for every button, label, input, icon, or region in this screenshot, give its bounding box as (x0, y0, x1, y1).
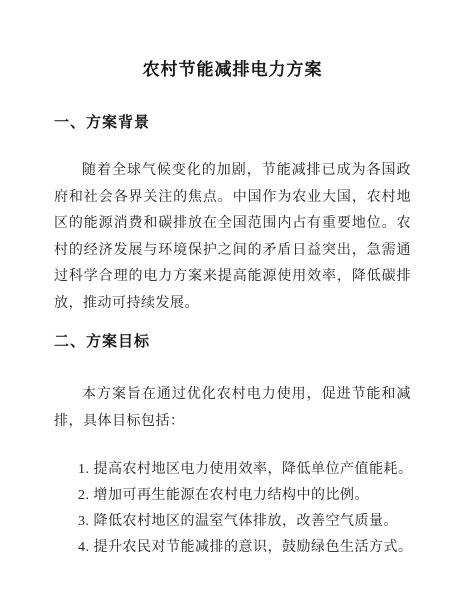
section-heading-background: 一、方案背景 (54, 113, 411, 133)
goals-intro-paragraph: 本方案旨在通过优化农村电力使用，促进节能和减排，具体目标包括： (54, 382, 411, 435)
goal-item-4: 4. 提升农民对节能减排的意识，鼓励绿色生活方式。 (78, 535, 411, 561)
document-title: 农村节能减排电力方案 (54, 57, 411, 82)
section-background: 一、方案背景 随着全球气候变化的加剧，节能减排已成为各国政府和社会各界关注的焦点… (54, 113, 411, 317)
goal-item-1: 1. 提高农村地区电力使用效率，降低单位产值能耗。 (78, 457, 411, 483)
goal-list: 1. 提高农村地区电力使用效率，降低单位产值能耗。 2. 增加可再生能源在农村电… (54, 457, 411, 561)
document-page: 农村节能减排电力方案 一、方案背景 随着全球气候变化的加剧，节能减排已成为各国政… (0, 0, 463, 600)
goal-item-2: 2. 增加可再生能源在农村电力结构中的比例。 (78, 483, 411, 509)
section-heading-goals: 二、方案目标 (54, 332, 411, 352)
background-paragraph: 随着全球气候变化的加剧，节能减排已成为各国政府和社会各界关注的焦点。中国作为农业… (54, 158, 411, 317)
goal-item-3: 3. 降低农村地区的温室气体排放，改善空气质量。 (78, 509, 411, 535)
section-goals: 二、方案目标 本方案旨在通过优化农村电力使用，促进节能和减排，具体目标包括： 1… (54, 332, 411, 561)
